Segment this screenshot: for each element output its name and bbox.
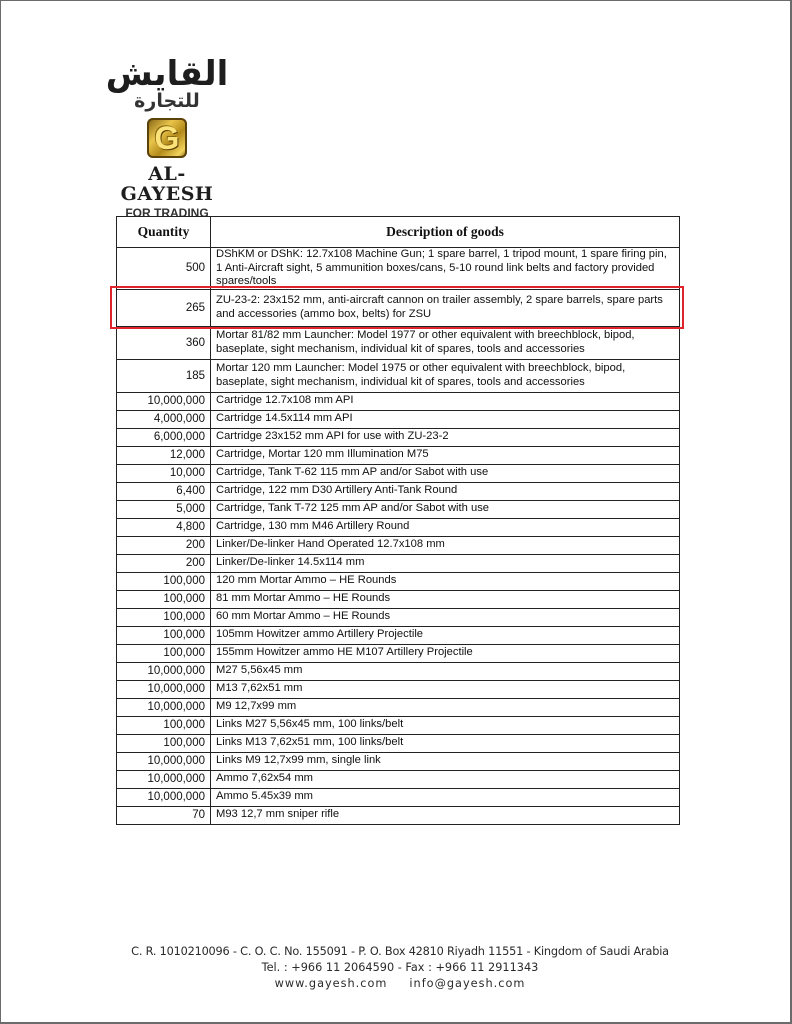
description-cell: 60 mm Mortar Ammo – HE Rounds [211, 608, 680, 626]
footer-website: www.gayesh.com [275, 977, 388, 990]
quantity-cell: 10,000,000 [117, 698, 211, 716]
badge-letter: G [155, 118, 180, 158]
description-cell: Linker/De-linker Hand Operated 12.7x108 … [211, 536, 680, 554]
description-cell: Mortar 81/82 mm Launcher: Model 1977 or … [211, 326, 680, 359]
description-cell: M13 7,62x51 mm [211, 680, 680, 698]
description-cell: Links M13 7,62x51 mm, 100 links/belt [211, 734, 680, 752]
quantity-cell: 100,000 [117, 626, 211, 644]
quantity-cell: 10,000,000 [117, 770, 211, 788]
footer-phone-fax: Tel. : +966 11 2064590 - Fax : +966 11 2… [120, 960, 680, 976]
quantity-header: Quantity [117, 217, 211, 248]
description-cell: M9 12,7x99 mm [211, 698, 680, 716]
footer-registration: C. R. 1010210096 - C. O. C. No. 155091 -… [120, 944, 680, 960]
quantity-cell: 10,000,000 [117, 662, 211, 680]
quantity-cell: 200 [117, 554, 211, 572]
table-row: 10,000,000Ammo 7,62x54 mm [117, 770, 680, 788]
quantity-cell: 100,000 [117, 644, 211, 662]
description-cell: Ammo 7,62x54 mm [211, 770, 680, 788]
description-cell: Cartridge, Tank T-72 125 mm AP and/or Sa… [211, 500, 680, 518]
description-cell: 120 mm Mortar Ammo – HE Rounds [211, 572, 680, 590]
description-header: Description of goods [211, 217, 680, 248]
table-row: 100,000155mm Howitzer ammo HE M107 Artil… [117, 644, 680, 662]
table-row: 100,00081 mm Mortar Ammo – HE Rounds [117, 590, 680, 608]
table-row: 200Linker/De-linker 14.5x114 mm [117, 554, 680, 572]
table-row: 10,000,000M13 7,62x51 mm [117, 680, 680, 698]
quantity-cell: 100,000 [117, 608, 211, 626]
table-header-row: Quantity Description of goods [117, 217, 680, 248]
quantity-cell: 185 [117, 359, 211, 392]
table-row: 12,000Cartridge, Mortar 120 mm Illuminat… [117, 446, 680, 464]
letterhead-footer: C. R. 1010210096 - C. O. C. No. 155091 -… [120, 944, 680, 991]
table-row: 4,000,000Cartridge 14.5x114 mm API [117, 410, 680, 428]
table-row: 265ZU-23-2: 23x152 mm, anti-aircraft can… [117, 289, 680, 326]
table-row: 10,000,000Links M9 12,7x99 mm, single li… [117, 752, 680, 770]
quantity-cell: 265 [117, 289, 211, 326]
quantity-cell: 500 [117, 248, 211, 290]
quantity-cell: 100,000 [117, 590, 211, 608]
description-cell: Cartridge, Mortar 120 mm Illumination M7… [211, 446, 680, 464]
table-row: 5,000Cartridge, Tank T-72 125 mm AP and/… [117, 500, 680, 518]
quantity-cell: 4,000,000 [117, 410, 211, 428]
description-cell: 105mm Howitzer ammo Artillery Projectile [211, 626, 680, 644]
table-row: 100,000Links M27 5,56x45 mm, 100 links/b… [117, 716, 680, 734]
table-row: 360Mortar 81/82 mm Launcher: Model 1977 … [117, 326, 680, 359]
quantity-cell: 10,000,000 [117, 752, 211, 770]
quantity-cell: 10,000 [117, 464, 211, 482]
quantity-cell: 12,000 [117, 446, 211, 464]
table-row: 10,000Cartridge, Tank T-62 115 mm AP and… [117, 464, 680, 482]
quantity-cell: 5,000 [117, 500, 211, 518]
goods-table-body: 500DShKM or DShK: 12.7x108 Machine Gun; … [117, 248, 680, 825]
description-cell: M27 5,56x45 mm [211, 662, 680, 680]
quantity-cell: 70 [117, 806, 211, 824]
table-row: 200Linker/De-linker Hand Operated 12.7x1… [117, 536, 680, 554]
footer-email: info@gayesh.com [409, 977, 525, 990]
table-row: 100,000120 mm Mortar Ammo – HE Rounds [117, 572, 680, 590]
description-cell: Cartridge 14.5x114 mm API [211, 410, 680, 428]
description-cell: 81 mm Mortar Ammo – HE Rounds [211, 590, 680, 608]
quantity-cell: 200 [117, 536, 211, 554]
quantity-cell: 6,400 [117, 482, 211, 500]
quantity-cell: 4,800 [117, 518, 211, 536]
table-row: 100,000105mm Howitzer ammo Artillery Pro… [117, 626, 680, 644]
description-cell: Cartridge 12.7x108 mm API [211, 392, 680, 410]
quantity-cell: 100,000 [117, 716, 211, 734]
quantity-cell: 100,000 [117, 572, 211, 590]
table-row: 10,000,000Cartridge 12.7x108 mm API [117, 392, 680, 410]
description-cell: Links M9 12,7x99 mm, single link [211, 752, 680, 770]
table-row: 6,000,000Cartridge 23x152 mm API for use… [117, 428, 680, 446]
description-cell: Linker/De-linker 14.5x114 mm [211, 554, 680, 572]
quantity-cell: 10,000,000 [117, 788, 211, 806]
description-cell: Links M27 5,56x45 mm, 100 links/belt [211, 716, 680, 734]
table-row: 4,800Cartridge, 130 mm M46 Artillery Rou… [117, 518, 680, 536]
goods-table: Quantity Description of goods 500DShKM o… [116, 216, 680, 825]
description-cell: Cartridge, 130 mm M46 Artillery Round [211, 518, 680, 536]
description-cell: 155mm Howitzer ammo HE M107 Artillery Pr… [211, 644, 680, 662]
table-row: 70M93 12,7 mm sniper rifle [117, 806, 680, 824]
description-cell: Cartridge, 122 mm D30 Artillery Anti-Tan… [211, 482, 680, 500]
quantity-cell: 10,000,000 [117, 680, 211, 698]
description-cell: M93 12,7 mm sniper rifle [211, 806, 680, 824]
quantity-cell: 6,000,000 [117, 428, 211, 446]
description-cell: Mortar 120 mm Launcher: Model 1975 or ot… [211, 359, 680, 392]
table-row: 6,400Cartridge, 122 mm D30 Artillery Ant… [117, 482, 680, 500]
description-cell: Cartridge, Tank T-62 115 mm AP and/or Sa… [211, 464, 680, 482]
description-cell: Ammo 5.45x39 mm [211, 788, 680, 806]
description-cell: DShKM or DShK: 12.7x108 Machine Gun; 1 s… [211, 248, 680, 290]
description-cell: Cartridge 23x152 mm API for use with ZU-… [211, 428, 680, 446]
table-row: 10,000,000M9 12,7x99 mm [117, 698, 680, 716]
footer-contacts: www.gayesh.cominfo@gayesh.com [120, 976, 680, 991]
logo-arabic-name: القايش [104, 56, 230, 92]
quantity-cell: 360 [117, 326, 211, 359]
quantity-cell: 100,000 [117, 734, 211, 752]
table-row: 100,000Links M13 7,62x51 mm, 100 links/b… [117, 734, 680, 752]
table-row: 500DShKM or DShK: 12.7x108 Machine Gun; … [117, 248, 680, 290]
table-row: 100,00060 mm Mortar Ammo – HE Rounds [117, 608, 680, 626]
gold-g-badge-icon: G [147, 118, 187, 158]
logo-latin-name: AL-GAYESH [104, 164, 230, 204]
table-row: 10,000,000Ammo 5.45x39 mm [117, 788, 680, 806]
table-row: 10,000,000M27 5,56x45 mm [117, 662, 680, 680]
table-row: 185Mortar 120 mm Launcher: Model 1975 or… [117, 359, 680, 392]
description-cell: ZU-23-2: 23x152 mm, anti-aircraft cannon… [211, 289, 680, 326]
company-logo: القايش للتجارة G AL-GAYESH FOR TRADING [104, 56, 230, 220]
quantity-cell: 10,000,000 [117, 392, 211, 410]
